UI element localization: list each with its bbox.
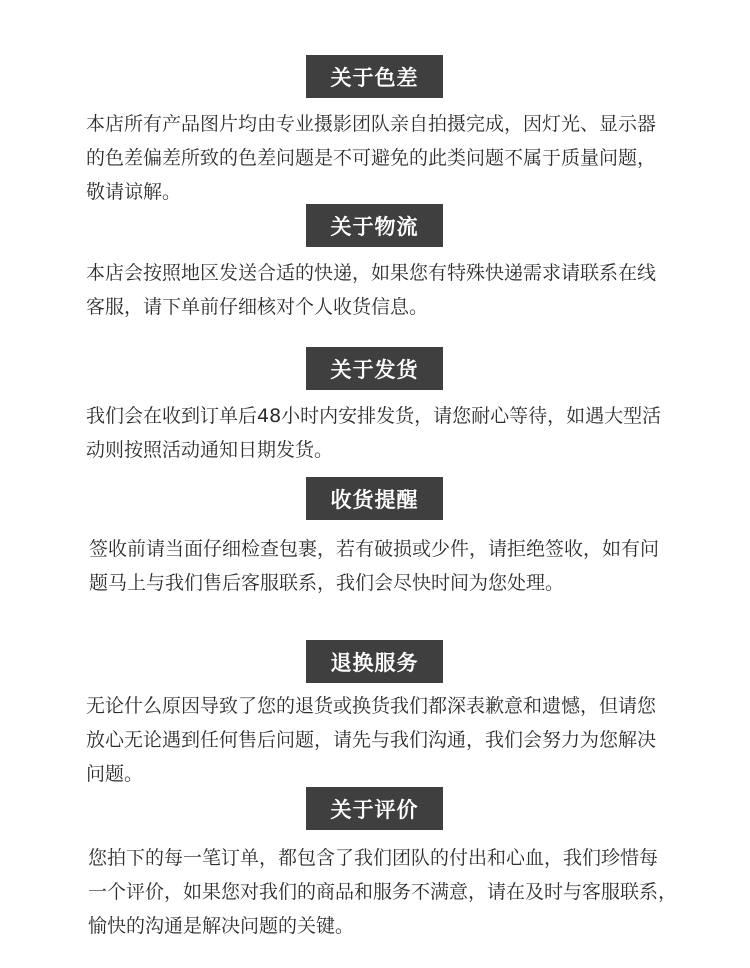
body-line: 愉快的沟通是解决问题的关键。 xyxy=(88,909,678,943)
body-line: 的色差偏差所致的色差问题是不可避免的此类问题不属于质量问题， xyxy=(86,141,676,175)
section-title: 关于物流 xyxy=(306,204,443,247)
section-title: 收货提醒 xyxy=(306,477,443,520)
section-body: 无论什么原因导致了您的退货或换货我们都深表歉意和遗憾，但请您 放心无论遇到任何售… xyxy=(86,689,676,791)
body-line: 问题。 xyxy=(86,757,676,791)
section-title: 退换服务 xyxy=(306,640,443,683)
body-line: 签收前请当面仔细检查包裹，若有破损或少件，请拒绝签收，如有问 xyxy=(89,532,679,566)
section-title: 关于评价 xyxy=(306,787,443,830)
section-body: 本店所有产品图片均由专业摄影团队亲自拍摄完成，因灯光、显示器 的色差偏差所致的色… xyxy=(86,107,676,209)
body-line: 动则按照活动通知日期发货。 xyxy=(86,433,676,467)
body-line: 我们会在收到订单后48小时内安排发货，请您耐心等待，如遇大型活 xyxy=(86,399,676,433)
body-line: 题马上与我们售后客服联系，我们会尽快时间为您处理。 xyxy=(89,566,679,600)
body-line: 一个评价，如果您对我们的商品和服务不满意，请在及时与客服联系， xyxy=(88,875,678,909)
section-title: 关于发货 xyxy=(306,347,443,390)
section-body: 本店会按照地区发送合适的快递，如果您有特殊快递需求请联系在线 客服，请下单前仔细… xyxy=(86,256,676,324)
body-line: 您拍下的每一笔订单，都包含了我们团队的付出和心血，我们珍惜每 xyxy=(88,841,678,875)
section-body: 您拍下的每一笔订单，都包含了我们团队的付出和心血，我们珍惜每 一个评价，如果您对… xyxy=(88,841,678,943)
section-body: 我们会在收到订单后48小时内安排发货，请您耐心等待，如遇大型活 动则按照活动通知… xyxy=(86,399,676,467)
body-line: 本店会按照地区发送合适的快递，如果您有特殊快递需求请联系在线 xyxy=(86,256,676,290)
section-title: 关于色差 xyxy=(306,55,443,98)
body-line: 本店所有产品图片均由专业摄影团队亲自拍摄完成，因灯光、显示器 xyxy=(86,107,676,141)
body-line: 放心无论遇到任何售后问题，请先与我们沟通，我们会努力为您解决 xyxy=(86,723,676,757)
section-body: 签收前请当面仔细检查包裹，若有破损或少件，请拒绝签收，如有问 题马上与我们售后客… xyxy=(89,532,679,600)
body-line: 无论什么原因导致了您的退货或换货我们都深表歉意和遗憾，但请您 xyxy=(86,689,676,723)
body-line: 客服，请下单前仔细核对个人收货信息。 xyxy=(86,290,676,324)
